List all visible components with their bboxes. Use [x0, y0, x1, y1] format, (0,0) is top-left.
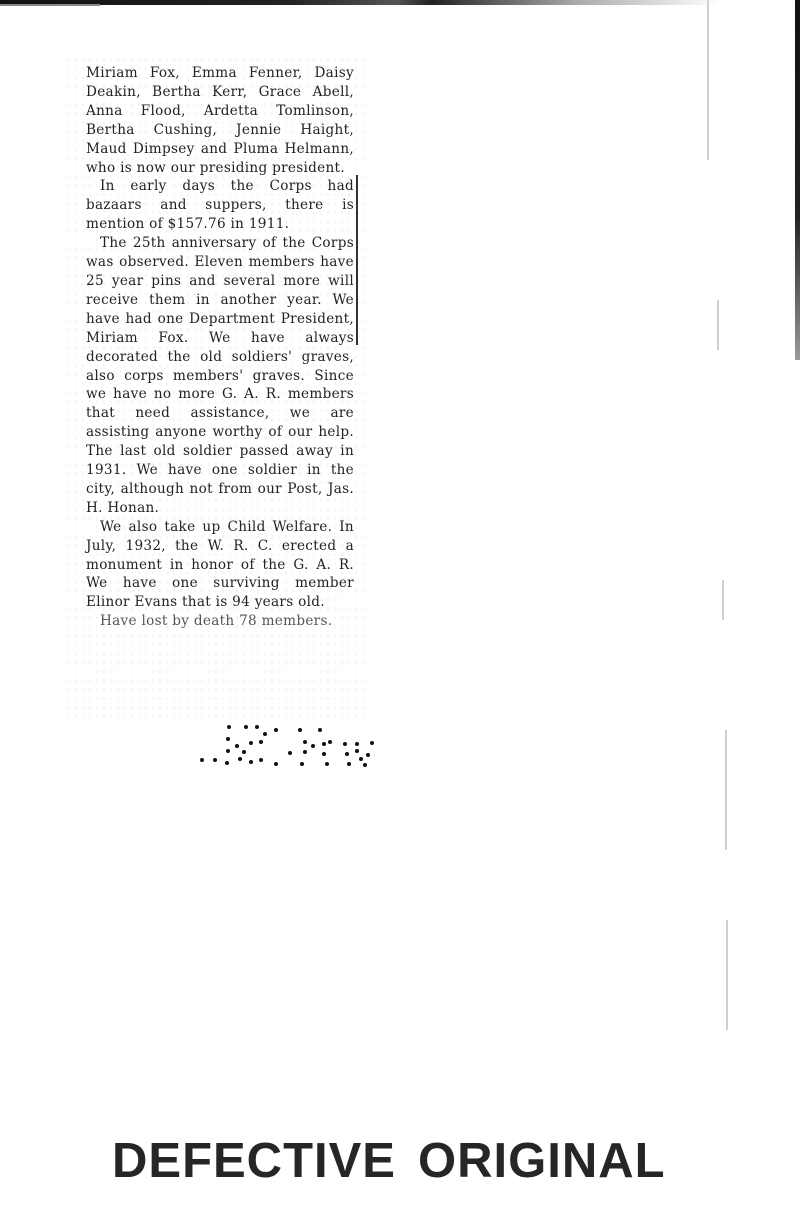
- stamp-dot: [300, 762, 304, 766]
- notice-word-original: ORIGINAL: [418, 1134, 666, 1188]
- column-rule: [356, 175, 358, 345]
- stamp-dot: [345, 752, 349, 756]
- stamp-dot: [200, 758, 204, 762]
- stamp-dot: [322, 742, 326, 746]
- stamp-dot: [370, 741, 374, 745]
- paragraph-early-days: In early days the Corps had bazaars and …: [86, 177, 354, 234]
- stamp-dot: [366, 753, 370, 757]
- scan-artifact-line: [722, 580, 724, 620]
- notice-word-defective: DEFECTIVE: [112, 1134, 396, 1188]
- stamp-dot: [263, 732, 267, 736]
- paragraph-anniversary: The 25th anniversary of the Corps was ob…: [86, 234, 354, 518]
- stamp-dot: [343, 742, 347, 746]
- stamp-dot: [347, 762, 351, 766]
- defective-original-notice: DEFECTIVEORIGINAL: [112, 1133, 692, 1189]
- scan-top-edge-shadow: [0, 4, 100, 6]
- stamp-dot: [213, 758, 217, 762]
- stamp-dot: [225, 761, 229, 765]
- stamp-dot: [259, 740, 263, 744]
- article-text: Miriam Fox, Emma Fenner, Daisy Deakin, B…: [86, 64, 354, 631]
- stamp-dot: [303, 740, 307, 744]
- stamp-dot: [359, 757, 363, 761]
- stamp-dot: [303, 750, 307, 754]
- stamp-dot: [363, 763, 367, 767]
- stamp-dot: [355, 742, 359, 746]
- stamp-dot: [227, 725, 231, 729]
- stamp-dot: [328, 740, 332, 744]
- stamp-dot: [255, 725, 259, 729]
- stamp-dot: [288, 751, 292, 755]
- stamp-dot: [259, 758, 263, 762]
- paragraph-members-list: Miriam Fox, Emma Fenner, Daisy Deakin, B…: [86, 64, 354, 177]
- scan-artifact-line: [717, 300, 719, 350]
- stamp-dot: [355, 749, 359, 753]
- stamp-dot: [325, 762, 329, 766]
- perforation-stamp: [200, 720, 370, 780]
- stamp-dot: [226, 737, 230, 741]
- stamp-dot: [322, 752, 326, 756]
- paragraph-deaths: Have lost by death 78 members.: [86, 612, 354, 631]
- stamp-dot: [311, 744, 315, 748]
- stamp-dot: [274, 728, 278, 732]
- stamp-dot: [298, 728, 302, 732]
- stamp-dot: [244, 725, 248, 729]
- stamp-dot: [226, 749, 230, 753]
- stamp-dot: [238, 757, 242, 761]
- paragraph-child-welfare: We also take up Child Welfare. In July, …: [86, 518, 354, 613]
- stamp-dot: [242, 750, 246, 754]
- scan-top-edge: [0, 0, 720, 5]
- scan-artifact-line: [707, 0, 709, 160]
- stamp-dot: [249, 741, 253, 745]
- stamp-dot: [249, 760, 253, 764]
- scan-right-edge: [795, 0, 800, 360]
- stamp-dot: [235, 744, 239, 748]
- stamp-dot: [274, 762, 278, 766]
- scan-artifact-line: [725, 730, 727, 850]
- scan-artifact-line: [726, 920, 728, 1030]
- stamp-dot: [318, 728, 322, 732]
